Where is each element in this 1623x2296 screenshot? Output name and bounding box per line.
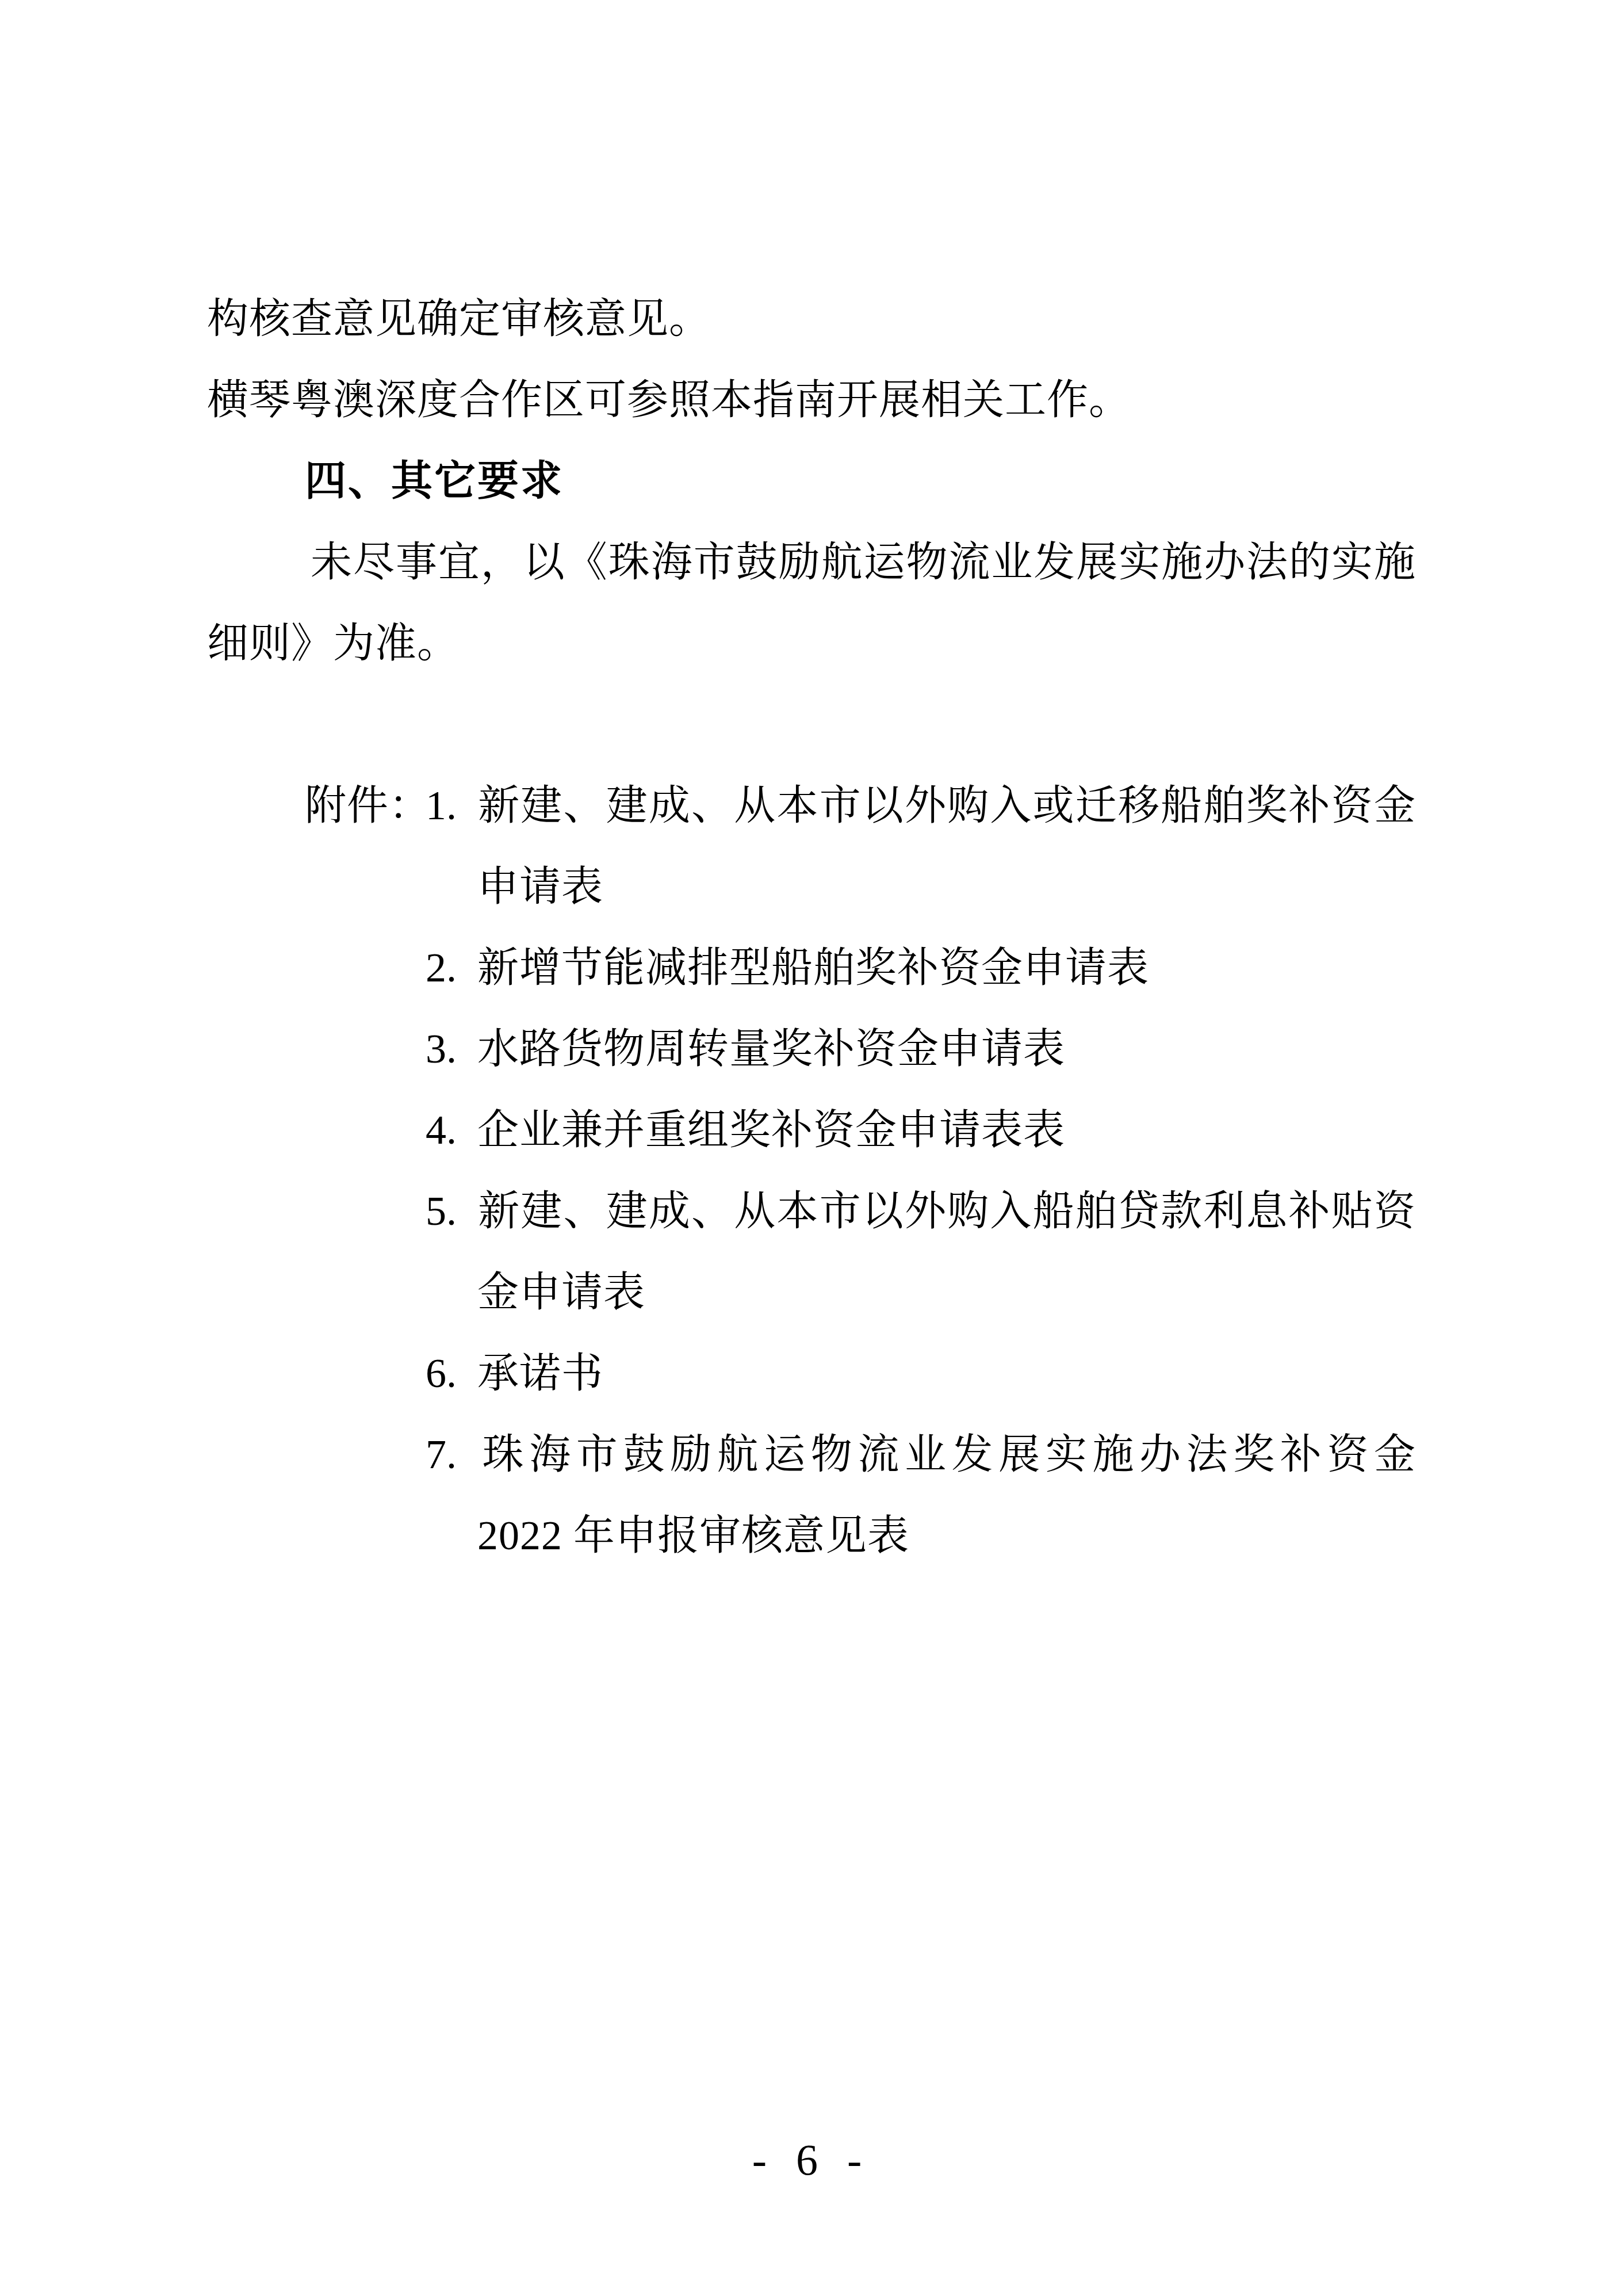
attachments-block: 附件： 1.新建、建成、从本市以外购入或迁移船舶奖补资金 申请表 2.新增节能减… (207, 765, 1416, 1576)
attachment-item-3-number: 3. (426, 1008, 477, 1090)
attachment-item-5-number: 5. (426, 1171, 477, 1252)
attachments-list: 1.新建、建成、从本市以外购入或迁移船舶奖补资金 申请表 2.新增节能减排型船舶… (426, 765, 1416, 1576)
attachment-item-2-line1: 2.新增节能减排型船舶奖补资金申请表 (426, 927, 1416, 1008)
attachment-item-1-line1: 1.新建、建成、从本市以外购入或迁移船舶奖补资金 (426, 765, 1416, 846)
attachment-item-1-line2: 申请表 (426, 846, 1416, 927)
document-page: 构核查意见确定审核意见。 横琴粤澳深度合作区可参照本指南开展相关工作。 四、其它… (0, 0, 1623, 2296)
attachment-item-5-line2: 金申请表 (426, 1252, 1416, 1333)
attachment-item-2-text: 新增节能减排型船舶奖补资金申请表 (477, 945, 1149, 991)
attachment-item-6-text: 承诺书 (477, 1350, 603, 1396)
paragraph-continuation: 构核查意见确定审核意见。 (207, 278, 1416, 360)
attachment-item-6: 6.承诺书 (426, 1333, 1416, 1414)
attachment-item-3: 3.水路货物周转量奖补资金申请表 (426, 1008, 1416, 1090)
attachment-item-2: 2.新增节能减排型船舶奖补资金申请表 (426, 927, 1416, 1008)
paragraph-unfinished-line1: 未尽事宜，以《珠海市鼓励航运物流业发展实施办法的实施 (207, 522, 1416, 603)
attachment-item-3-text: 水路货物周转量奖补资金申请表 (477, 1026, 1065, 1072)
attachment-item-6-line1: 6.承诺书 (426, 1333, 1416, 1414)
attachment-item-1: 1.新建、建成、从本市以外购入或迁移船舶奖补资金 申请表 (426, 765, 1416, 927)
attachment-item-5-text: 新建、建成、从本市以外购入船舶贷款利息补贴资 (477, 1188, 1416, 1234)
attachment-item-4-text: 企业兼并重组奖补资金申请表表 (477, 1107, 1065, 1153)
attachment-item-7-number: 7. (426, 1414, 477, 1495)
attachment-item-2-number: 2. (426, 927, 477, 1008)
attachment-item-7-text: 珠海市鼓励航运物流业发展实施办法奖补资金 (477, 1431, 1416, 1477)
paragraph-unfinished-line2: 细则》为准。 (207, 603, 1416, 684)
page-number: - 6 - (0, 2129, 1623, 2192)
attachment-item-3-line1: 3.水路货物周转量奖补资金申请表 (426, 1008, 1416, 1090)
attachment-item-1-number: 1. (426, 765, 477, 846)
document-body: 构核查意见确定审核意见。 横琴粤澳深度合作区可参照本指南开展相关工作。 四、其它… (207, 278, 1416, 1576)
attachment-item-6-number: 6. (426, 1333, 477, 1414)
attachment-item-7-line1: 7.珠海市鼓励航运物流业发展实施办法奖补资金 (426, 1414, 1416, 1495)
attachment-item-7-line2: 2022 年申报审核意见表 (426, 1495, 1416, 1576)
section-heading-other-requirements: 四、其它要求 (207, 441, 1416, 522)
blank-line (207, 684, 1416, 765)
attachment-item-4-line1: 4.企业兼并重组奖补资金申请表表 (426, 1090, 1416, 1171)
attachment-item-4-number: 4. (426, 1090, 477, 1171)
attachment-item-5-line1: 5.新建、建成、从本市以外购入船舶贷款利息补贴资 (426, 1171, 1416, 1252)
paragraph-hengqin: 横琴粤澳深度合作区可参照本指南开展相关工作。 (207, 360, 1416, 441)
attachment-item-4: 4.企业兼并重组奖补资金申请表表 (426, 1090, 1416, 1171)
attachment-item-5: 5.新建、建成、从本市以外购入船舶贷款利息补贴资 金申请表 (426, 1171, 1416, 1333)
attachment-item-7: 7.珠海市鼓励航运物流业发展实施办法奖补资金 2022 年申报审核意见表 (426, 1414, 1416, 1576)
attachment-item-1-text: 新建、建成、从本市以外购入或迁移船舶奖补资金 (477, 782, 1416, 828)
attachments-label: 附件： (305, 765, 431, 846)
